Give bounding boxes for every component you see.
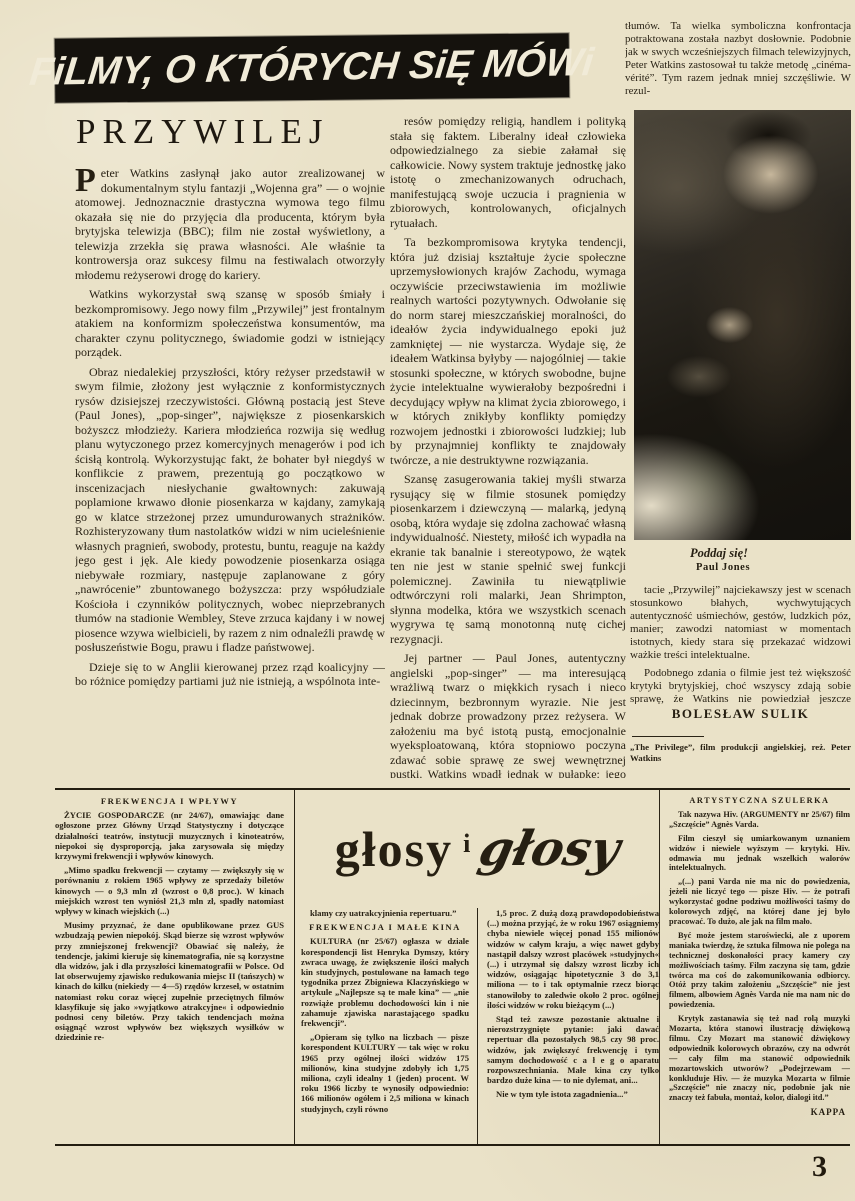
review-column-frekwencja-wplywy: FREKWENCJA I WPŁYWY ŻYCIE GOSPODARCZE (n… bbox=[55, 790, 295, 1144]
press-review-middle-columns: klamy czy uatrakcyjnienia repertuaru.” F… bbox=[295, 908, 659, 1144]
article-column-2: resów pomiędzy religią, handlem i polity… bbox=[390, 114, 626, 778]
paragraph: Obraz niedalekiej przyszłości, który reż… bbox=[75, 365, 385, 655]
paragraph: tłumów. Ta wielka symboliczna konfrontac… bbox=[625, 20, 851, 97]
press-review-section: FREKWENCJA I WPŁYWY ŻYCIE GOSPODARCZE (n… bbox=[55, 788, 850, 1146]
review-column-artystyczna-szulerka: ARTYSTYCZNA SZULERKA Tak nazywa Hiv. (AR… bbox=[659, 790, 850, 1144]
review-header: FREKWENCJA I MAŁE KINA bbox=[301, 922, 469, 932]
paragraph: Jej partner — Paul Jones, autentyczny an… bbox=[390, 651, 626, 778]
paragraph: Nie w tym tyle istota zagadnienia...” bbox=[487, 1089, 659, 1099]
paragraph: Stąd też zawsze pozostanie aktualne i ni… bbox=[487, 1014, 659, 1085]
review-paragraphs: KULTURA (nr 25/67) ogłasza w dziale kore… bbox=[301, 936, 469, 1113]
paragraph: Dzieje się to w Anglii kierowanej przez … bbox=[75, 660, 385, 689]
review-signature: KAPPA bbox=[669, 1107, 850, 1117]
photo-caption-subject: Paul Jones bbox=[696, 562, 851, 573]
photo-caption-title: Poddaj się! bbox=[690, 546, 851, 561]
column-1-paragraphs: Watkins wykorzystał swą szansę w sposób … bbox=[75, 287, 385, 689]
press-review-middle: głosy i głosy klamy czy uatrakcyjnienia … bbox=[295, 790, 659, 1144]
logo-word: głosy bbox=[474, 821, 625, 877]
paragraph: tacie „Przywilej” najciekawszy jest w sc… bbox=[630, 584, 851, 662]
review-paragraphs: Tak nazywa Hiv. (ARGUMENTY nr 25/67) fil… bbox=[669, 810, 850, 1103]
paragraph: Szansę zasugerowania takiej myśli stwarz… bbox=[390, 472, 626, 646]
paragraph: Krytyk zastanawia się też nad rolą muzyk… bbox=[669, 1014, 850, 1103]
article-title: PRZYWILEJ bbox=[76, 112, 330, 152]
review-header: FREKWENCJA I WPŁYWY bbox=[55, 796, 284, 806]
paragraph: ŻYCIE GOSPODARCZE (nr 24/67), omawiając … bbox=[55, 810, 284, 861]
section-banner: FiLMY, O KTÓRYCH SiĘ MÓWi bbox=[55, 33, 570, 102]
article-column-1: Peter Watkins zasłynął jako autor zreali… bbox=[75, 166, 385, 778]
paragraph: Musimy przyznać, że dane opublikowane pr… bbox=[55, 920, 284, 1042]
page-number: 3 bbox=[812, 1150, 827, 1184]
logo-word: głosy bbox=[335, 820, 453, 878]
paragraph: „(...) pani Varda nie ma nic do powiedze… bbox=[669, 877, 850, 927]
paragraph: Watkins wykorzystał swą szansę w sposób … bbox=[75, 287, 385, 360]
carryover-paragraph: klamy czy uatrakcyjnienia repertuaru.” bbox=[301, 908, 469, 918]
review-column-male-kina: klamy czy uatrakcyjnienia repertuaru.” F… bbox=[295, 908, 477, 1144]
glosy-i-glosy-logo: głosy i głosy bbox=[295, 790, 659, 908]
paragraph: Podobnego zdania o filmie jest też więks… bbox=[630, 667, 851, 704]
review-header: ARTYSTYCZNA SZULERKA bbox=[669, 796, 850, 806]
column-2-paragraphs: resów pomiędzy religią, handlem i polity… bbox=[390, 114, 626, 778]
paragraph: „Mimo spadku frekwencji — czytamy — zwię… bbox=[55, 865, 284, 916]
photo-paul-jones bbox=[634, 110, 851, 540]
paragraph: resów pomiędzy religią, handlem i polity… bbox=[390, 114, 626, 230]
review-paragraphs: ŻYCIE GOSPODARCZE (nr 24/67), omawiając … bbox=[55, 810, 284, 1042]
paragraph: KULTURA (nr 25/67) ogłasza w dziale kore… bbox=[301, 936, 469, 1028]
author-byline: BOLESŁAW SULIK bbox=[630, 706, 851, 722]
magazine-page: FiLMY, O KTÓRYCH SiĘ MÓWi tłumów. Ta wie… bbox=[0, 0, 855, 1201]
review-column-continuation: 1,5 proc. Z dużą dozą prawdopodobieństwa… bbox=[477, 908, 659, 1144]
logo-word: i bbox=[463, 826, 470, 859]
article-continuation-top-right: tłumów. Ta wielka symboliczna konfrontac… bbox=[625, 20, 851, 110]
banner-title: FiLMY, O KTÓRYCH SiĘ MÓWi bbox=[28, 41, 596, 95]
article-column-3: tacie „Przywilej” najciekawszy jest w sc… bbox=[630, 584, 851, 704]
review-paragraphs: 1,5 proc. Z dużą dozą prawdopodobieństwa… bbox=[487, 908, 659, 1100]
paragraph: Ta bezkompromisowa krytyka tendencji, kt… bbox=[390, 235, 626, 467]
credit-divider bbox=[632, 736, 704, 737]
paragraph: Film cieszył się umiarkowanym uznaniem w… bbox=[669, 834, 850, 874]
photo-caption: Poddaj się! Paul Jones bbox=[634, 546, 851, 573]
column-3-paragraphs: tacie „Przywilej” najciekawszy jest w sc… bbox=[630, 584, 851, 704]
paragraph: Być może jestem staroświecki, ale z upor… bbox=[669, 931, 850, 1010]
lead-paragraph: Peter Watkins zasłynął jako autor zreali… bbox=[75, 166, 385, 282]
film-credit-note: „The Privilege”, film produkcji angielsk… bbox=[630, 742, 851, 764]
paragraph: Tak nazywa Hiv. (ARGUMENTY nr 25/67) fil… bbox=[669, 810, 850, 830]
paragraph: 1,5 proc. Z dużą dozą prawdopodobieństwa… bbox=[487, 908, 659, 1010]
paragraph: „Opieram się tylko na liczbach — pisze k… bbox=[301, 1032, 469, 1114]
